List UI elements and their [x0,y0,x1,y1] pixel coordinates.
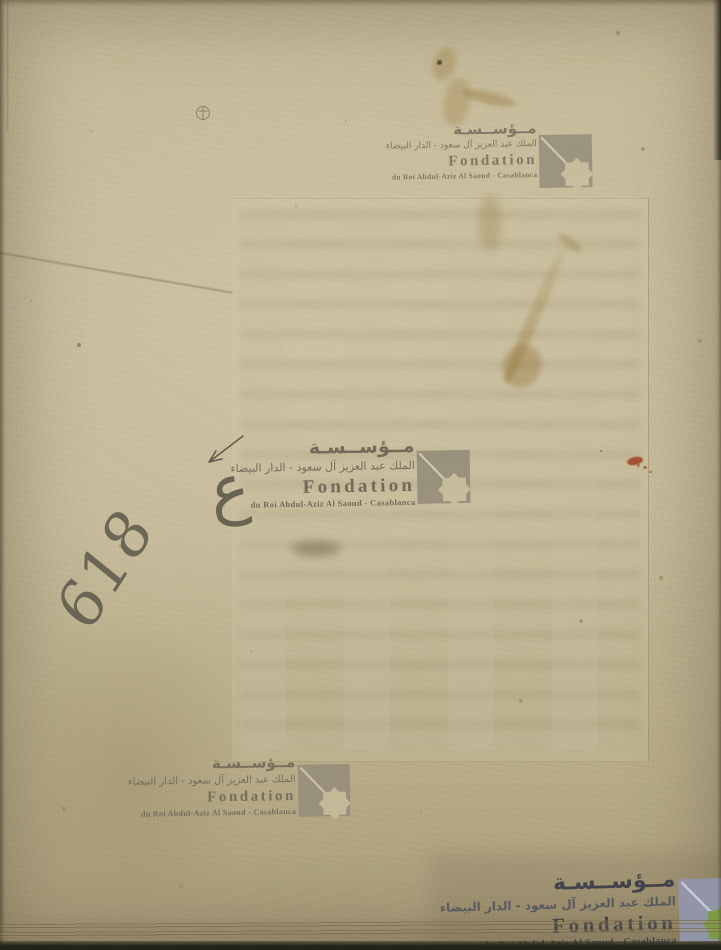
watermark-name-arabic: مــؤســسـة [553,867,676,896]
watermark-title-french: du Roi Abdul-Aziz Al Saoud - Casablanca [392,170,538,183]
watermark-name-french: Fondation [303,474,416,499]
foundation-watermark-bottom-left: مــؤســسـة الملك عبد العزيز آل سعود - ال… [127,752,344,820]
watermark-name-arabic: مــؤســسـة [212,753,296,773]
manuscript-scan: مــؤســسـة الملك عبد العزيز آل سعود - ال… [0,0,721,950]
handwritten-ayn-letter: ع [207,454,253,524]
scanner-background-band [0,941,721,950]
page-edge-right-lower [717,120,721,950]
watermark-name-french: Fondation [207,787,296,808]
watermark-name-french: Fondation [448,151,537,172]
watermark-name-arabic: مــؤســسـة [453,119,537,139]
foundation-watermark-top: مــؤســسـة الملك عبد العزيز آل سعود - ال… [369,118,592,191]
page-edge-left [0,0,5,950]
vertical-crease [7,0,8,130]
foundation-logo-icon [417,450,471,504]
watermark-name-arabic: مــؤســسـة [309,435,415,460]
page-edge-top [0,0,721,6]
foundation-logo-icon [539,134,593,188]
foundation-watermark-corner: مــؤســسـة الملك عبد العزيز آل سعود - ال… [439,866,719,950]
foundation-logo-icon [297,764,350,817]
foundation-watermark-middle: مــؤســسـة الملك عبد العزيز آل سعود - ال… [229,434,470,511]
